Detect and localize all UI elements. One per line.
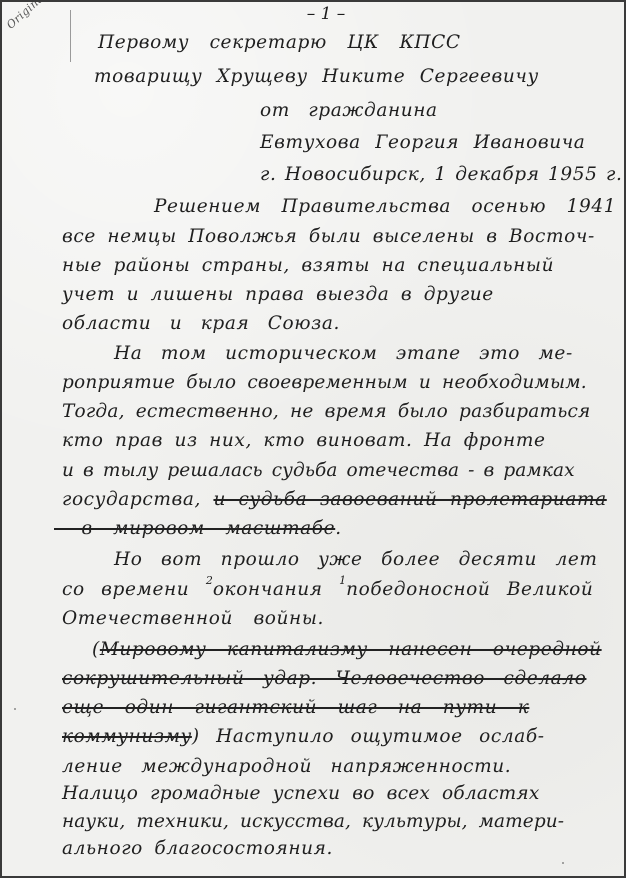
body-text: государства, — [62, 489, 213, 510]
struck-text: сокрушительный удар. Человечество сделал… — [62, 668, 586, 689]
addressee-line-2: товарищу Хрущеву Никите Сергеевичу — [94, 66, 539, 87]
paper-speck — [14, 708, 16, 710]
reorder-mark-1: 1 — [339, 574, 346, 587]
body-line: государства, и судьба завоеваний пролета… — [62, 489, 607, 510]
sender-name: Евтухова Георгия Ивановича — [260, 132, 585, 153]
struck-text: - в мировом масштабе — [54, 518, 335, 539]
struck-text: Мировому капитализму нанесен очередной — [100, 639, 602, 660]
struck-text: коммунизму — [62, 726, 192, 747]
place-date: г. Новосибирск, 1 декабря 1955 г. — [260, 164, 622, 185]
body-text: победоносной Великой — [346, 580, 593, 601]
body-line: ального благосостояния. — [62, 838, 333, 859]
struck-text: и судьба завоеваний пролетариата — [213, 489, 606, 510]
body-line: все немцы Поволжья были выселены в Восто… — [62, 226, 595, 247]
body-line: (Мировому капитализму нанесен очередной — [92, 639, 602, 660]
body-line: Решением Правительства осенью 1941 г — [154, 196, 626, 217]
body-text: ) Наступило ощутимое ослаб- — [192, 726, 545, 747]
body-line: области и края Союза. — [62, 313, 340, 334]
body-line: роприятие было своевременным и необходим… — [62, 372, 587, 393]
paper-speck — [562, 862, 564, 864]
body-text: окончания — [213, 580, 339, 601]
reorder-mark-2: 2 — [206, 574, 213, 587]
page-number: – 1 – — [2, 4, 624, 24]
body-line: учет и лишены права выезда в другие — [62, 284, 494, 305]
body-text: ( — [92, 639, 100, 660]
body-line: На том историческом этапе это ме- — [114, 343, 573, 364]
body-line: Отечественной войны. — [62, 608, 324, 629]
body-line: Но вот прошло уже более десяти лет — [114, 549, 598, 570]
body-line: - в мировом масштабе. — [54, 518, 342, 539]
body-line: кто прав из них, кто виноват. На фронте — [62, 430, 546, 451]
body-line: коммунизму) Наступило ощутимое ослаб- — [62, 726, 545, 747]
body-line: ление международной напряженности. — [62, 756, 511, 777]
body-line: ные районы страны, взяты на специальный — [62, 255, 554, 276]
body-line: со времени 2окончания 1победоносной Вели… — [62, 578, 593, 600]
body-line: науки, техники, искусства, культуры, мат… — [62, 811, 564, 832]
body-line: сокрушительный удар. Человечество сделал… — [62, 668, 586, 689]
body-line: Тогда, естественно, не время было разбир… — [62, 401, 591, 422]
body-line: еще один гигантский шаг на пути к — [62, 697, 529, 718]
body-text: . — [335, 518, 341, 539]
addressee-line-1: Первому секретарю ЦК КПСС — [98, 32, 461, 53]
struck-text: еще один гигантский шаг на пути к — [62, 697, 529, 718]
from-line: от гражданина — [260, 100, 438, 121]
letter-page: Original – 1 – Первому секретарю ЦК КПСС… — [0, 0, 626, 878]
body-line: Налицо громадные успехи во всех областях — [62, 783, 539, 804]
body-line: и в тылу решалась судьба отечества - в р… — [62, 460, 575, 481]
body-text: со времени — [62, 580, 206, 601]
